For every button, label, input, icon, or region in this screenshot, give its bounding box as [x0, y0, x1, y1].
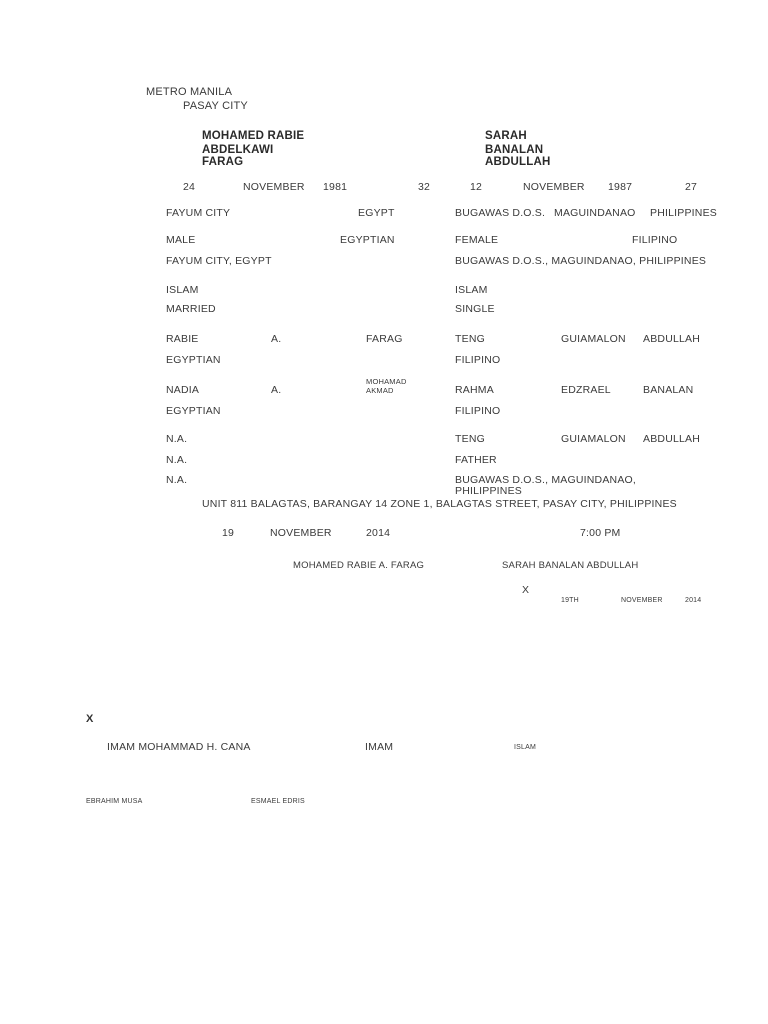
groom-birth-city: FAYUM CITY [166, 208, 230, 219]
groom-father-citizenship: EGYPTIAN [166, 355, 221, 366]
bride-consent-relationship: FATHER [455, 455, 497, 466]
groom-consent-residence: N.A. [166, 475, 187, 486]
bride-mother-last: BANALAN [643, 385, 693, 396]
certification-day: 19TH [561, 597, 579, 604]
bride-birth-day: 12 [470, 182, 482, 193]
bride-birth-country: PHILIPPINES [650, 208, 717, 219]
bride-signature-name: SARAH BANALAN ABDULLAH [502, 561, 638, 571]
bride-age: 27 [685, 182, 697, 193]
certification-year: 2014 [685, 597, 701, 604]
bride-father-first: TENG [455, 334, 485, 345]
bride-birth-month: NOVEMBER [523, 182, 585, 193]
groom-mother-citizenship: EGYPTIAN [166, 406, 221, 417]
bride-consent-residence-line1: BUGAWAS D.O.S., MAGUINDANAO, [455, 475, 636, 486]
bride-consent-last: ABDULLAH [643, 434, 700, 445]
groom-citizenship: EGYPTIAN [340, 235, 395, 246]
bride-mark-x: X [522, 585, 529, 596]
officiant-religion: ISLAM [514, 744, 536, 751]
bride-mother-middle: EDZRAEL [561, 385, 611, 396]
groom-father-last: FARAG [366, 334, 403, 345]
groom-civil-status: MARRIED [166, 304, 216, 315]
marriage-day: 19 [222, 528, 234, 539]
groom-birth-year: 1981 [323, 182, 347, 193]
marriage-year: 2014 [366, 528, 390, 539]
groom-mother-first: NADIA [166, 385, 199, 396]
groom-sex: MALE [166, 235, 195, 246]
groom-birth-country: EGYPT [358, 208, 395, 219]
groom-birth-month: NOVEMBER [243, 182, 305, 193]
groom-birth-day: 24 [183, 182, 195, 193]
groom-mother-middle: A. [271, 385, 281, 396]
city: PASAY CITY [183, 101, 248, 112]
groom-last-name: FARAG [202, 157, 243, 169]
province: METRO MANILA [146, 87, 232, 98]
groom-consent-name: N.A. [166, 434, 187, 445]
groom-first-name: MOHAMED RABIE [202, 131, 304, 143]
groom-mother-last: MOHAMAD AKMAD [366, 377, 418, 395]
groom-father-first: RABIE [166, 334, 199, 345]
bride-civil-status: SINGLE [455, 304, 495, 315]
bride-consent-residence-line2: PHILIPPINES [455, 486, 522, 497]
bride-father-citizenship: FILIPINO [455, 355, 500, 366]
groom-consent-relationship: N.A. [166, 455, 187, 466]
officiant-mark-x: X [86, 714, 94, 725]
bride-last-name: ABDULLAH [485, 157, 550, 169]
bride-mother-citizenship: FILIPINO [455, 406, 500, 417]
groom-father-middle: A. [271, 334, 281, 345]
bride-residence: BUGAWAS D.O.S., MAGUINDANAO, PHILIPPINES [455, 256, 706, 267]
groom-middle-name: ABDELKAWI [202, 145, 273, 157]
bride-consent-middle: GUIAMALON [561, 434, 626, 445]
bride-mother-first: RAHMA [455, 385, 494, 396]
groom-signature-name: MOHAMED RABIE A. FARAG [293, 561, 424, 571]
officiant-name: IMAM MOHAMMAD H. CANA [107, 742, 251, 753]
bride-father-last: ABDULLAH [643, 334, 700, 345]
bride-citizenship: FILIPINO [632, 235, 677, 246]
bride-birth-city: BUGAWAS D.O.S. [455, 208, 545, 219]
bride-father-middle: GUIAMALON [561, 334, 626, 345]
bride-middle-name: BANALAN [485, 145, 543, 157]
groom-residence: FAYUM CITY, EGYPT [166, 256, 272, 267]
bride-sex: FEMALE [455, 235, 498, 246]
bride-religion: ISLAM [455, 285, 488, 296]
bride-consent-first: TENG [455, 434, 485, 445]
bride-first-name: SARAH [485, 131, 527, 143]
bride-birth-year: 1987 [608, 182, 632, 193]
marriage-place: UNIT 811 BALAGTAS, BARANGAY 14 ZONE 1, B… [202, 499, 677, 510]
groom-age: 32 [418, 182, 430, 193]
groom-religion: ISLAM [166, 285, 199, 296]
bride-birth-province: MAGUINDANAO [554, 208, 636, 219]
marriage-time: 7:00 PM [580, 528, 621, 539]
officiant-position: IMAM [365, 742, 393, 753]
marriage-month: NOVEMBER [270, 528, 332, 539]
witness-1: EBRAHIM MUSA [86, 798, 142, 805]
certification-month: NOVEMBER [621, 597, 663, 604]
witness-2: ESMAEL EDRIS [251, 798, 305, 805]
